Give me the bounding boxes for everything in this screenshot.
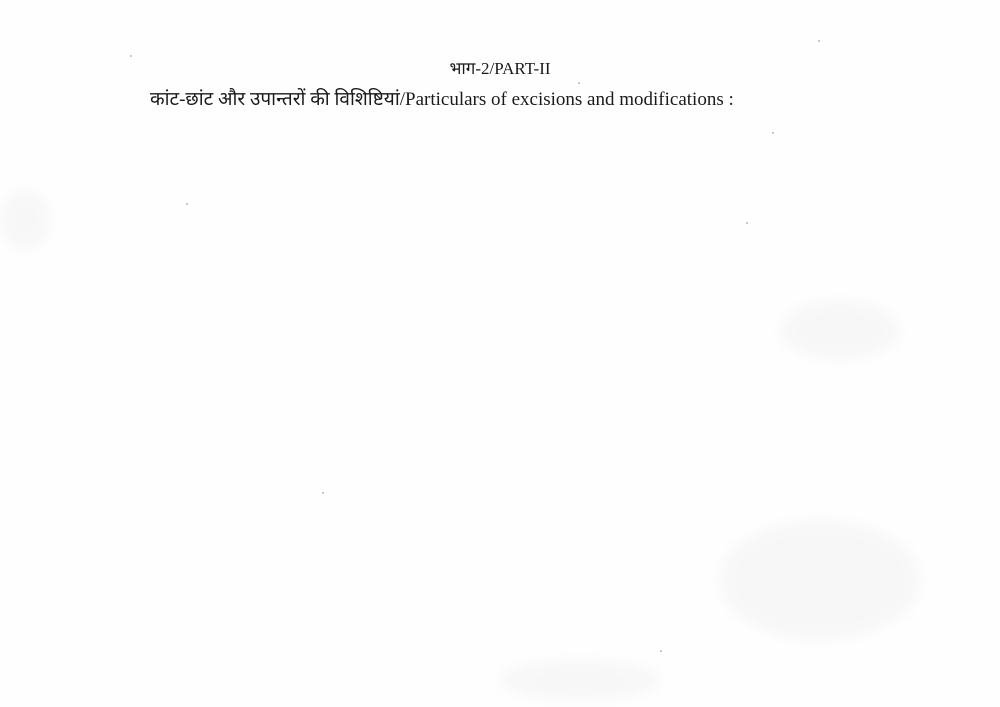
document-page: भाग-2/PART-II कांट-छांट और उपान्तरों की …	[0, 0, 1000, 707]
scan-speck	[746, 222, 748, 224]
scan-smudge	[0, 190, 50, 250]
scan-speck	[130, 55, 132, 57]
scan-speck	[578, 82, 580, 84]
part-heading: भाग-2/PART-II	[0, 58, 1000, 80]
scan-smudge	[720, 520, 920, 640]
scan-speck	[660, 650, 662, 652]
scan-smudge	[500, 660, 660, 700]
part-heading-text: भाग-2/PART-II	[449, 58, 550, 80]
scan-smudge	[780, 300, 900, 360]
scan-speck	[818, 40, 820, 42]
scan-speck	[772, 132, 774, 134]
scan-speck	[186, 203, 188, 205]
scan-speck	[322, 492, 324, 494]
particulars-heading: कांट-छांट और उपान्तरों की विशिष्टियां/Pa…	[150, 88, 734, 112]
